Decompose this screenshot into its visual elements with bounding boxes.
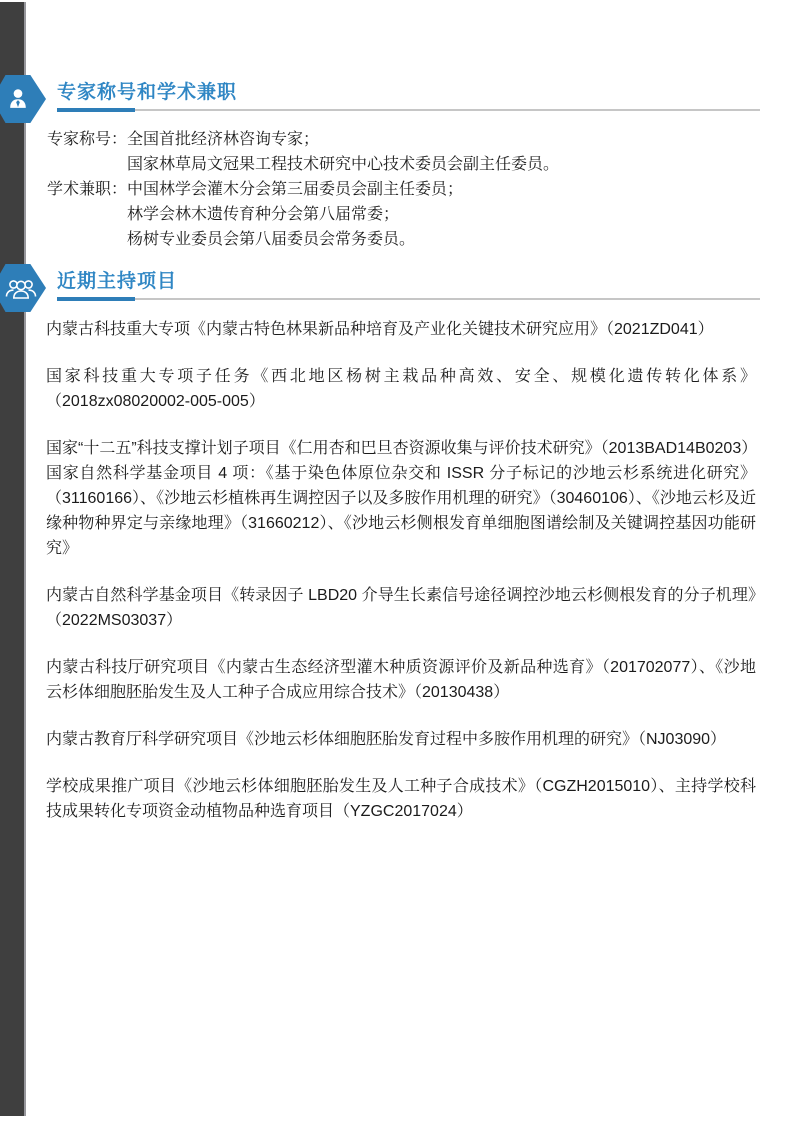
section-badge — [0, 75, 46, 123]
project-item: 国家“十二五”科技支撑计划子项目《仁用杏和巴旦杏资源收集与评价技术研究》（201… — [46, 436, 756, 461]
project-list: 内蒙古科技重大专项《内蒙古特色林果新品种培育及产业化关键技术研究应用》（2021… — [46, 317, 756, 824]
expert-entries: 专家称号： 全国首批经济林咨询专家； 国家林草局文冠果工程技术研究中心技术委员会… — [47, 127, 756, 252]
entry-academic-posts: 学术兼职： 中国林学会灌木分会第三届委员会副主任委员； 林学会林木遗传育种分会第… — [47, 177, 756, 252]
entry-lines: 中国林学会灌木分会第三届委员会副主任委员； 林学会林木遗传育种分会第八届常委； … — [127, 177, 756, 252]
entry-label: 专家称号： — [47, 127, 127, 177]
entry-line: 林学会林木遗传育种分会第八届常委； — [127, 202, 756, 227]
divider-blue-segment — [57, 108, 135, 112]
content-area: 专家称号和学术兼职 专家称号： 全国首批经济林咨询专家； 国家林草局文冠果工程技… — [0, 75, 792, 846]
entry-line: 中国林学会灌木分会第三届委员会副主任委员； — [127, 177, 756, 202]
entry-line: 全国首批经济林咨询专家； — [127, 127, 756, 152]
section-recent-projects: 近期主持项目 内蒙古科技重大专项《内蒙古特色林果新品种培育及产业化关键技术研究应… — [0, 264, 792, 824]
entry-label: 学术兼职： — [47, 177, 127, 252]
section-title: 专家称号和学术兼职 — [57, 77, 237, 104]
section-badge — [0, 264, 46, 312]
project-item: 内蒙古教育厅科学研究项目《沙地云杉体细胞胚胎发育过程中多胺作用机理的研究》（NJ… — [46, 727, 756, 752]
project-item: 国家自然科学基金项目 4 项：《基于染色体原位杂交和 ISSR 分子标记的沙地云… — [46, 461, 756, 561]
expert-section-header: 专家称号和学术兼职 — [0, 75, 792, 125]
divider-blue-segment — [57, 297, 135, 301]
divider-gray-segment — [135, 109, 760, 111]
entry-line: 国家林草局文冠果工程技术研究中心技术委员会副主任委员。 — [127, 152, 756, 177]
section-divider — [57, 108, 760, 112]
document-page: 专家称号和学术兼职 专家称号： 全国首批经济林咨询专家； 国家林草局文冠果工程技… — [0, 0, 792, 1121]
project-item: 内蒙古科技厅研究项目《内蒙古生态经济型灌木种质资源评价及新品种选育》（20170… — [46, 655, 756, 705]
project-item: 内蒙古自然科学基金项目《转录因子 LBD20 介导生长素信号途径调控沙地云杉侧根… — [46, 583, 756, 633]
project-item: 国家科技重大专项子任务《西北地区杨树主栽品种高效、安全、规模化遗传转化体系》（2… — [46, 364, 756, 414]
section-divider — [57, 297, 760, 301]
project-item: 内蒙古科技重大专项《内蒙古特色林果新品种培育及产业化关键技术研究应用》（2021… — [46, 317, 756, 342]
project-item: 学校成果推广项目《沙地云杉体细胞胚胎发生及人工种子合成技术》（CGZH20150… — [46, 774, 756, 824]
entry-expert-titles: 专家称号： 全国首批经济林咨询专家； 国家林草局文冠果工程技术研究中心技术委员会… — [47, 127, 756, 177]
section-title: 近期主持项目 — [57, 266, 177, 293]
entry-line: 杨树专业委员会第八届委员会常务委员。 — [127, 227, 756, 252]
people-icon — [5, 275, 37, 301]
section-expert-titles: 专家称号和学术兼职 专家称号： 全国首批经济林咨询专家； 国家林草局文冠果工程技… — [0, 75, 792, 252]
divider-gray-segment — [135, 298, 760, 300]
projects-section-header: 近期主持项目 — [0, 264, 792, 314]
person-icon — [5, 84, 31, 114]
entry-lines: 全国首批经济林咨询专家； 国家林草局文冠果工程技术研究中心技术委员会副主任委员。 — [127, 127, 756, 177]
